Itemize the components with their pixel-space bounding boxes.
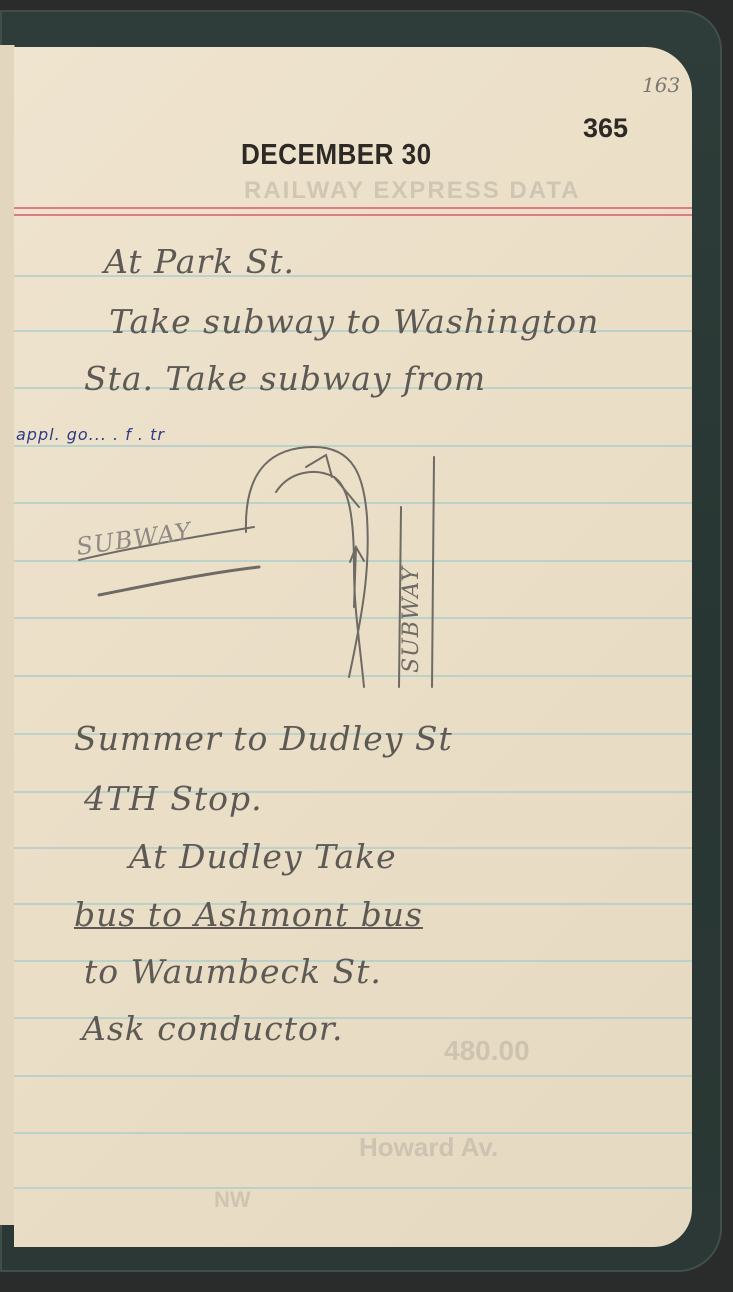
handwritten-line-4: Summer to Dudley St <box>74 719 453 758</box>
handwritten-line-8: to Waumbeck St. <box>84 952 382 991</box>
handwritten-line-5: 4TH Stop. <box>84 779 263 818</box>
route-sketch <box>14 47 692 1247</box>
handwritten-line-9: Ask conductor. <box>82 1009 343 1048</box>
handwritten-line-6: At Dudley Take <box>129 837 397 876</box>
facing-page-edge <box>0 45 15 1225</box>
sketch-label-subway-vertical: SUBWAY <box>399 566 424 673</box>
diary-page: RAILWAY EXPRESS DATA 480.00 Howard Av. N… <box>14 47 692 1247</box>
handwritten-line-7: bus to Ashmont bus <box>74 895 423 934</box>
